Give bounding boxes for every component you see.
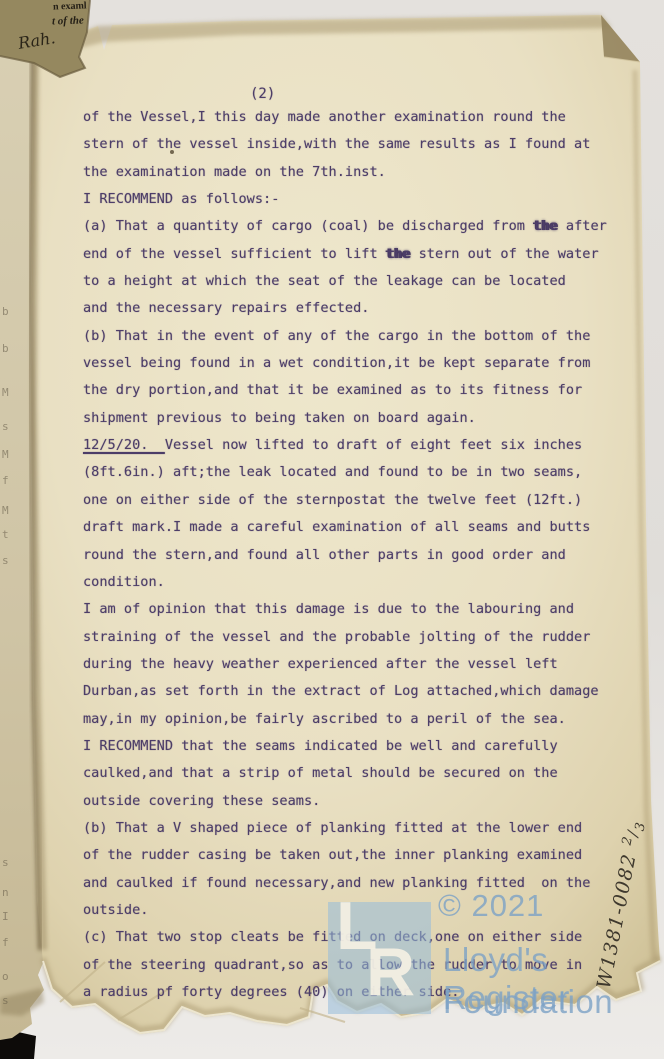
ghost-letter: n bbox=[2, 886, 9, 899]
typed-line: and the necessary repairs effected. bbox=[83, 295, 607, 322]
ghost-letter: M bbox=[2, 504, 9, 517]
typed-line: I RECOMMEND as follows:- bbox=[83, 186, 607, 213]
reference-fraction-denominator: 3 bbox=[633, 820, 650, 832]
typed-line: straining of the vessel and the probable… bbox=[83, 624, 607, 651]
ghost-letter: f bbox=[2, 474, 9, 487]
typed-line: condition. bbox=[83, 569, 607, 596]
typed-line: (b) That a V shaped piece of planking fi… bbox=[83, 815, 607, 842]
corner-fold bbox=[601, 15, 640, 62]
typed-text: of the Vessel,I this day made another ex… bbox=[83, 104, 607, 1006]
typed-line: I RECOMMEND that the seams indicated be … bbox=[83, 733, 607, 760]
typed-line: caulked,and that a strip of metal should… bbox=[83, 760, 607, 787]
typed-line: I am of opinion that this damage is due … bbox=[83, 596, 607, 623]
ghost-letter: s bbox=[2, 420, 9, 433]
typed-line: Durban,as set forth in the extract of Lo… bbox=[83, 678, 607, 705]
typed-line: of the Vessel,I this day made another ex… bbox=[83, 104, 607, 131]
page-number: (2) bbox=[250, 86, 275, 102]
typed-line: draft mark.I made a careful examination … bbox=[83, 514, 607, 541]
ghost-letter: I bbox=[2, 910, 9, 923]
fragment-line-1: n examl bbox=[53, 0, 87, 12]
typed-line: (a) That a quantity of cargo (coal) be d… bbox=[83, 213, 607, 240]
ghost-letter: s bbox=[2, 554, 9, 567]
typed-line: outside covering these seams. bbox=[83, 788, 607, 815]
typed-line: may,in my opinion,be fairly ascribed to … bbox=[83, 706, 607, 733]
watermark-copyright: © 2021 bbox=[438, 888, 544, 924]
lloyds-register-logo: L R bbox=[328, 902, 431, 1014]
typed-line: one on either side of the sternpostat th… bbox=[83, 487, 607, 514]
typed-line: 12/5/20. Vessel now lifted to draft of e… bbox=[83, 432, 607, 459]
typed-line: round the stern,and found all other part… bbox=[83, 542, 607, 569]
typed-line: (b) That in the event of any of the carg… bbox=[83, 323, 607, 350]
typed-line: shipment previous to being taken on boar… bbox=[83, 405, 607, 432]
typed-line: the examination made on the 7th.inst. bbox=[83, 159, 607, 186]
typed-line: end of the vessel sufficient to lift the… bbox=[83, 241, 607, 268]
watermark-name-line2: Foundation bbox=[443, 983, 613, 1021]
typed-line: to a height at which the seat of the lea… bbox=[83, 268, 607, 295]
archive-scan-page: { "page_label": "(2)", "document": { "li… bbox=[0, 0, 664, 1059]
ghost-letter: o bbox=[2, 970, 9, 983]
typed-line: of the rudder casing be taken out,the in… bbox=[83, 842, 607, 869]
ghost-letter: M bbox=[2, 448, 9, 461]
ghost-letter: b bbox=[2, 305, 9, 318]
typed-line: (8ft.6in.) aft;the leak located and foun… bbox=[83, 459, 607, 486]
typed-line: during the heavy weather experienced aft… bbox=[83, 651, 607, 678]
ghost-letter: M bbox=[2, 386, 9, 399]
typed-line: the dry portion,and that it be examined … bbox=[83, 377, 607, 404]
logo-letter-r: R bbox=[366, 938, 415, 1006]
ghost-letter: f bbox=[2, 936, 9, 949]
ghost-letter: s bbox=[2, 856, 9, 869]
ghost-letter: t bbox=[2, 528, 9, 541]
typed-line: stern of the vessel inside,with the same… bbox=[83, 131, 607, 158]
typed-line: vessel being found in a wet condition,it… bbox=[83, 350, 607, 377]
fragment-line-2: t of the bbox=[52, 14, 84, 27]
ghost-letter: s bbox=[2, 994, 9, 1007]
ghost-letter: b bbox=[2, 342, 9, 355]
